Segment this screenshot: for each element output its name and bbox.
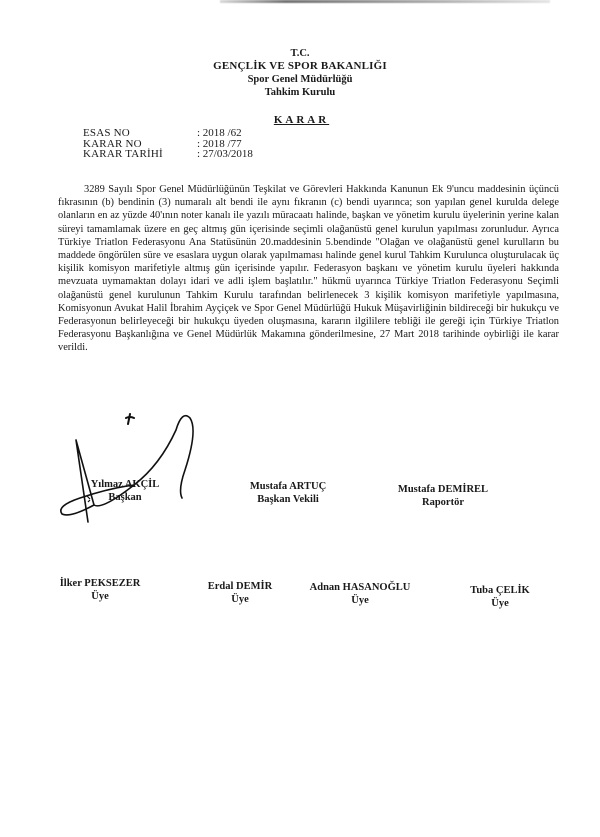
signatory-role: Üye [180, 593, 300, 606]
signatory-name: İlker PEKSEZER [30, 577, 170, 590]
document-title: KARAR [0, 114, 600, 126]
signatory-vice-chair: Mustafa ARTUÇ Başkan Vekili [228, 480, 348, 506]
signatory-name: Tuba ÇELİK [440, 584, 560, 597]
document-title-text: KARAR [271, 114, 329, 126]
signatory-member: Adnan HASANOĞLU Üye [290, 581, 430, 607]
header-republic: T.C. [0, 47, 600, 60]
signatory-rapporteur: Mustafa DEMİREL Raportör [378, 483, 508, 509]
signatory-name: Yılmaz AKÇİL [70, 478, 180, 491]
case-metadata: ESAS NO : 2018 /62 KARAR NO : 2018 /77 K… [83, 128, 253, 160]
signatory-member: İlker PEKSEZER Üye [30, 577, 170, 603]
meta-label: ESAS NO [83, 128, 197, 139]
signatory-role: Başkan [70, 491, 180, 504]
signatory-name: Mustafa ARTUÇ [228, 480, 348, 493]
header-ministry: GENÇLİK VE SPOR BAKANLIĞI [0, 60, 600, 73]
signatory-role: Başkan Vekili [228, 493, 348, 506]
signatory-member: Tuba ÇELİK Üye [440, 584, 560, 610]
signatory-member: Erdal DEMİR Üye [180, 580, 300, 606]
meta-label: KARAR TARİHİ [83, 149, 197, 160]
signatory-chair: Yılmaz AKÇİL Başkan [70, 478, 180, 504]
signatory-role: Raportör [378, 496, 508, 509]
header-board: Tahkim Kurulu [0, 86, 600, 99]
signatory-role: Üye [290, 594, 430, 607]
signatory-role: Üye [30, 590, 170, 603]
signatory-role: Üye [440, 597, 560, 610]
scan-edge-shadow [220, 0, 550, 3]
header-directorate: Spor Genel Müdürlüğü [0, 73, 600, 86]
signatory-name: Adnan HASANOĞLU [290, 581, 430, 594]
signatory-name: Erdal DEMİR [180, 580, 300, 593]
meta-value: : 2018 /62 [197, 128, 242, 139]
signatory-name: Mustafa DEMİREL [378, 483, 508, 496]
decision-body: 3289 Sayılı Spor Genel Müdürlüğünün Teşk… [58, 183, 559, 355]
meta-row-case-no: ESAS NO : 2018 /62 [83, 128, 253, 139]
handwritten-signature-icon [30, 410, 230, 540]
meta-row-decision-date: KARAR TARİHİ : 27/03/2018 [83, 149, 253, 160]
document-header: T.C. GENÇLİK VE SPOR BAKANLIĞI Spor Gene… [0, 47, 600, 99]
meta-value: : 27/03/2018 [197, 149, 253, 160]
